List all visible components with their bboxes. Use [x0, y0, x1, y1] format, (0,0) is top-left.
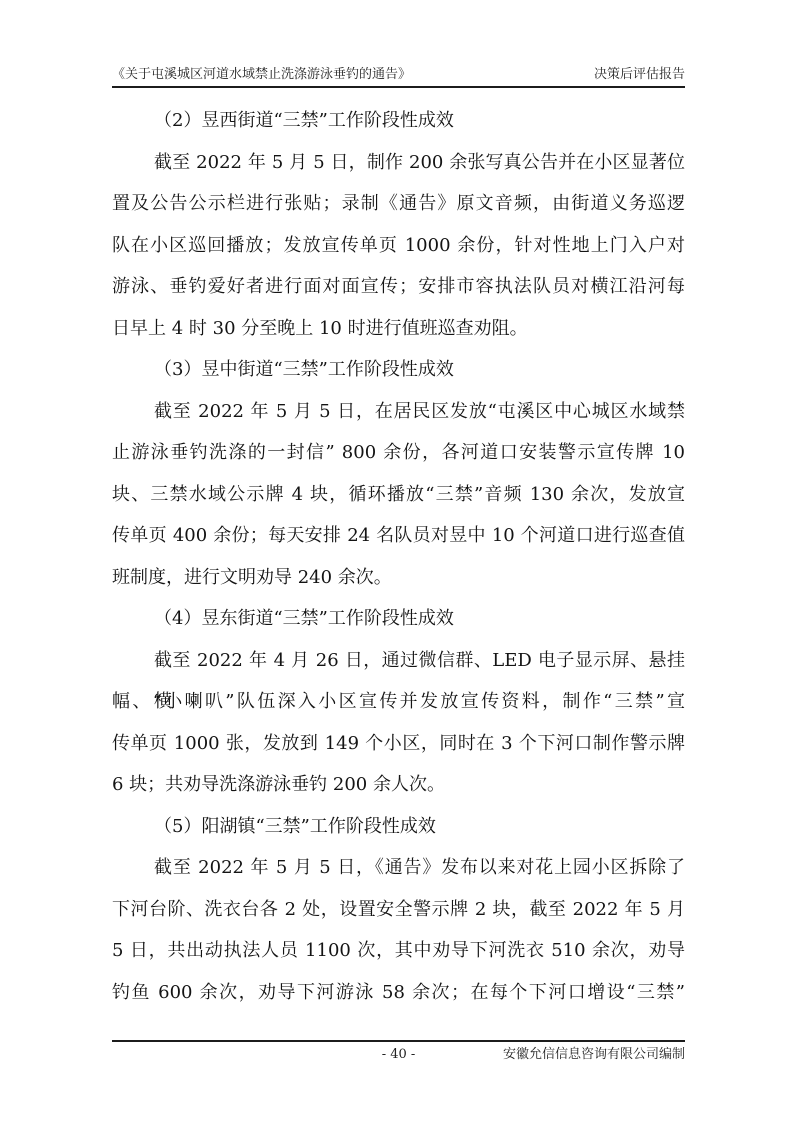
text-line: 幅、“小喇叭”队伍深入小区宣传并发放宣传资料，制作“三禁”宣 — [112, 681, 685, 723]
text-line: 截至 2022 年 4 月 26 日，通过微信群、LED 电子显示屏、悬挂横 — [112, 640, 685, 682]
header-document-title: 《关于屯溪城区河道水域禁止洗涤游泳垂钓的通告》 — [112, 66, 411, 83]
text-line: 队在小区巡回播放；发放宣传单页 1000 余份，针对性地上门入户对 — [112, 225, 685, 267]
text-line: 下河台阶、洗衣台各 2 处，设置安全警示牌 2 块，截至 2022 年 5 月 — [112, 889, 685, 931]
page-number: - 40 - — [112, 1047, 685, 1063]
section-heading: （3）昱中街道“三禁”工作阶段性成效 — [112, 349, 685, 391]
document-body: （2）昱西街道“三禁”工作阶段性成效 截至 2022 年 5 月 5 日，制作 … — [112, 100, 685, 1013]
text-line: 6 块；共劝导洗涤游泳垂钓 200 余人次。 — [112, 764, 685, 806]
section-heading: （2）昱西街道“三禁”工作阶段性成效 — [112, 100, 685, 142]
text-line: 截至 2022 年 5 月 5 日，制作 200 余张写真公告并在小区显著位 — [112, 142, 685, 184]
section-heading: （4）昱东街道“三禁”工作阶段性成效 — [112, 598, 685, 640]
document-page: 《关于屯溪城区河道水域禁止洗涤游泳垂钓的通告》 决策后评估报告 （2）昱西街道“… — [0, 0, 793, 1122]
text-line: 日早上 4 时 30 分至晚上 10 时进行值班巡查劝阻。 — [112, 308, 685, 350]
text-line: 游泳、垂钓爱好者进行面对面宣传；安排市容执法队员对横江沿河每 — [112, 266, 685, 308]
page-header: 《关于屯溪城区河道水域禁止洗涤游泳垂钓的通告》 决策后评估报告 — [112, 66, 685, 88]
text-line: 传单页 1000 张，发放到 149 个小区，同时在 3 个下河口制作警示牌 — [112, 723, 685, 765]
text-line: 块、三禁水域公示牌 4 块，循环播放“三禁”音频 130 余次，发放宣 — [112, 474, 685, 516]
text-line: 截至 2022 年 5 月 5 日，在居民区发放“屯溪区中心城区水域禁 — [112, 391, 685, 433]
text-line: 5 日，共出动执法人员 1100 次，其中劝导下河洗衣 510 余次，劝导 — [112, 930, 685, 972]
text-line: 钓鱼 600 余次，劝导下河游泳 58 余次；在每个下河口增设“三禁” — [112, 972, 685, 1014]
text-line: 截至 2022 年 5 月 5 日，《通告》发布以来对花上园小区拆除了 — [112, 847, 685, 889]
text-line: 传单页 400 余份；每天安排 24 名队员对昱中 10 个河道口进行巡查值 — [112, 515, 685, 557]
text-line: 班制度，进行文明劝导 240 余次。 — [112, 557, 685, 599]
page-footer: - 40 - 安徽允信信息咨询有限公司编制 — [112, 1040, 685, 1063]
header-report-type: 决策后评估报告 — [594, 66, 685, 83]
section-heading: （5）阳湖镇“三禁”工作阶段性成效 — [112, 806, 685, 848]
text-line: 止游泳垂钓洗涤的一封信” 800 余份，各河道口安装警示宣传牌 10 — [112, 432, 685, 474]
text-line: 置及公告公示栏进行张贴；录制《通告》原文音频，由街道义务巡逻 — [112, 183, 685, 225]
